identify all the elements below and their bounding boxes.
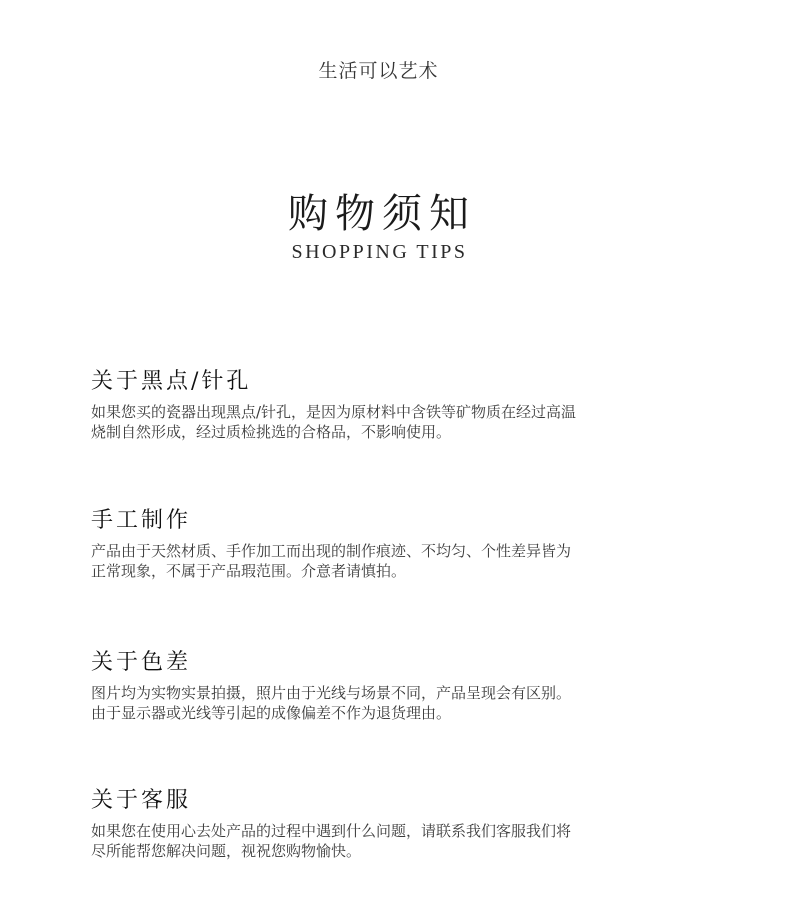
page-subtitle: SHOPPING TIPS [0, 240, 757, 264]
section-color-difference: 关于色差 图片均为实物实景拍摄，照片由于光线与场景不同，产品呈现会有区别。 由于… [91, 649, 671, 723]
section-heading: 关于黑点/针孔 [91, 368, 671, 396]
body-line: 烧制自然形成，经过质检挑选的合格品，不影响使用。 [91, 423, 451, 441]
tagline: 生活可以艺术 [0, 56, 757, 83]
section-body: 产品由于天然材质、手作加工而出现的制作痕迹、不均匀、个性差异皆为 正常现象，不属… [91, 541, 671, 581]
body-line: 正常现象，不属于产品瑕范围。介意者请慎拍。 [91, 562, 406, 580]
title-block: 购物须知 SHOPPING TIPS [0, 190, 757, 264]
section-customer-service: 关于客服 如果您在使用心去处产品的过程中遇到什么问题，请联系我们客服我们将 尽所… [91, 787, 671, 861]
body-line: 尽所能帮您解决问题，视祝您购物愉快。 [91, 842, 361, 860]
body-line: 产品由于天然材质、手作加工而出现的制作痕迹、不均匀、个性差异皆为 [91, 542, 571, 560]
page-title: 购物须知 [0, 190, 757, 238]
body-line: 如果您买的瓷器出现黑点/针孔，是因为原材料中含铁等矿物质在经过高温 [91, 403, 576, 421]
section-body: 图片均为实物实景拍摄，照片由于光线与场景不同，产品呈现会有区别。 由于显示器或光… [91, 683, 671, 723]
body-line: 图片均为实物实景拍摄，照片由于光线与场景不同，产品呈现会有区别。 [91, 684, 571, 702]
body-line: 由于显示器或光线等引起的成像偏差不作为退货理由。 [91, 704, 451, 722]
section-heading: 关于客服 [91, 787, 671, 815]
section-handmade: 手工制作 产品由于天然材质、手作加工而出现的制作痕迹、不均匀、个性差异皆为 正常… [91, 507, 671, 581]
section-heading: 手工制作 [91, 507, 671, 535]
section-black-spots: 关于黑点/针孔 如果您买的瓷器出现黑点/针孔，是因为原材料中含铁等矿物质在经过高… [91, 368, 671, 442]
body-line: 如果您在使用心去处产品的过程中遇到什么问题，请联系我们客服我们将 [91, 822, 571, 840]
section-body: 如果您在使用心去处产品的过程中遇到什么问题，请联系我们客服我们将 尽所能帮您解决… [91, 821, 671, 861]
section-heading: 关于色差 [91, 649, 671, 677]
section-body: 如果您买的瓷器出现黑点/针孔，是因为原材料中含铁等矿物质在经过高温 烧制自然形成… [91, 402, 671, 442]
